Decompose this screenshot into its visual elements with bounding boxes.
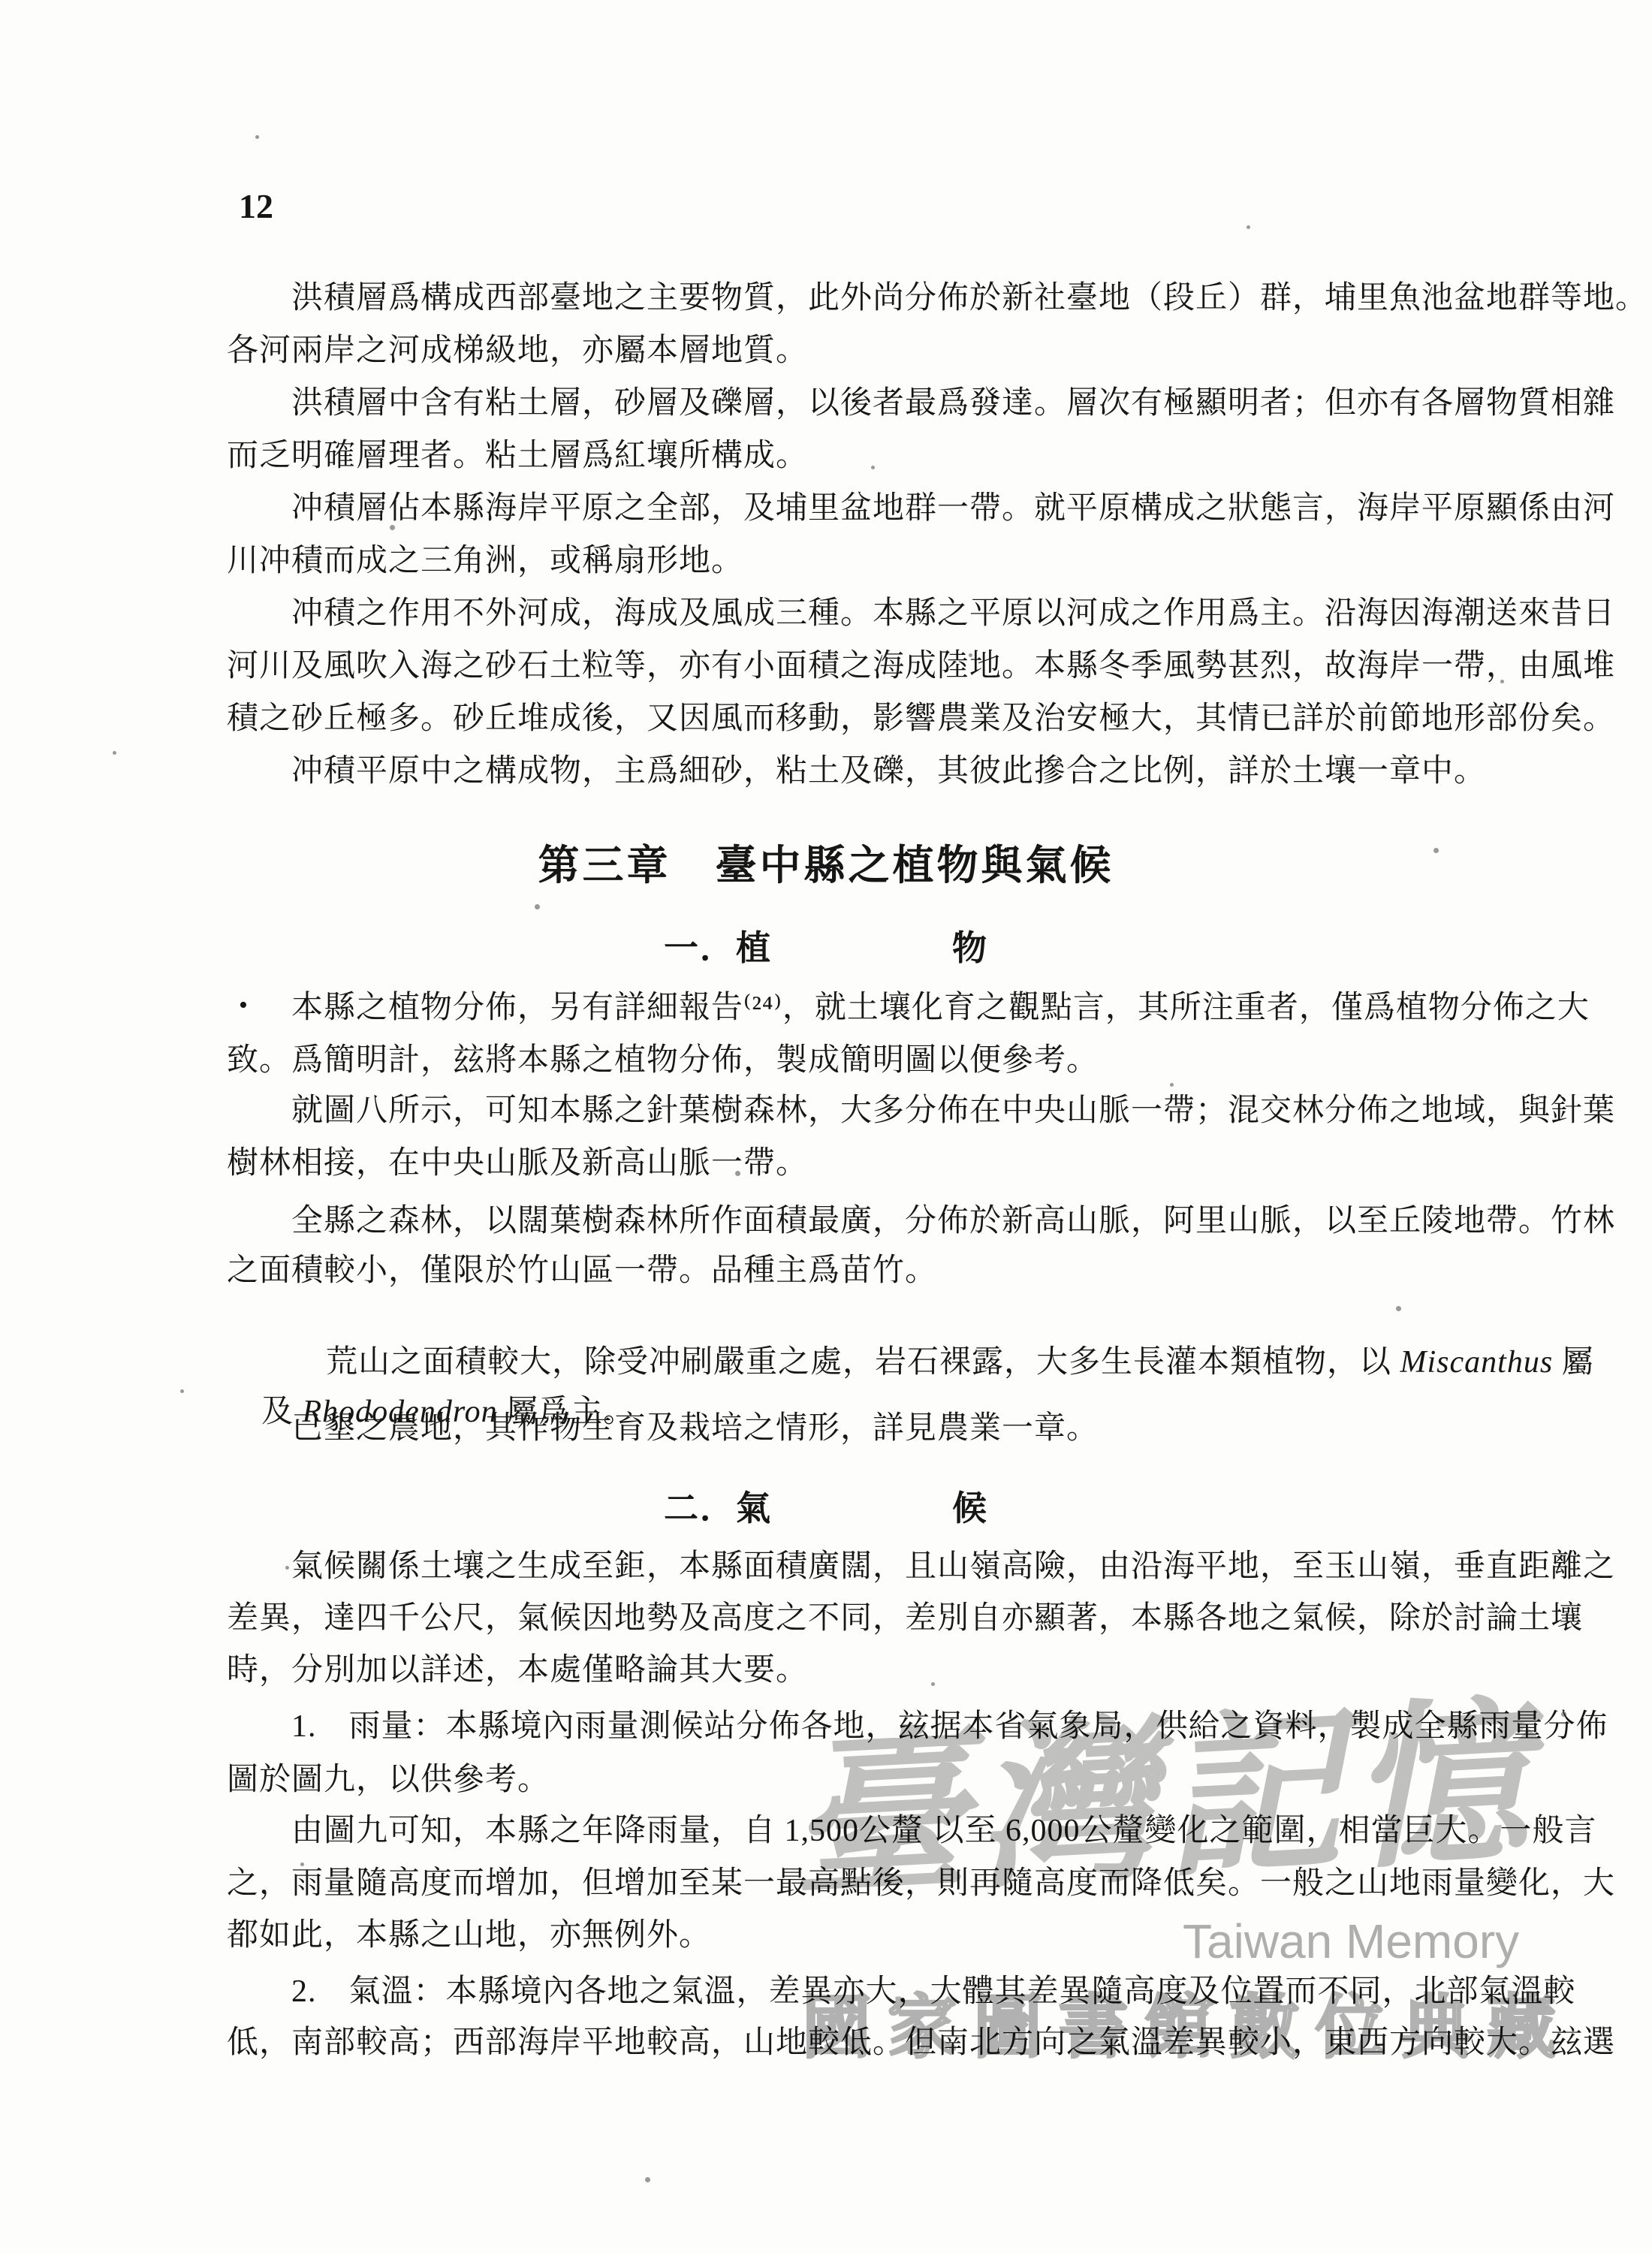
text-line: 差異，達四千公尺，氣候因地勢及高度之不同，差別自亦顯著，本縣各地之氣候，除於討論…: [227, 1600, 1583, 1636]
text-line: 河川及風吹入海之砂石土粒等，亦有小面積之海成陸地。本縣冬季風勢甚烈，故海岸一帶，…: [227, 648, 1615, 684]
text-line: 樹林相接，在中央山脈及新高山脈一帶。: [227, 1145, 808, 1181]
text-line: 就圖八所示，可知本縣之針葉樹森林，大多分佈在中央山脈一帶；混交林分佈之地域，與針…: [291, 1093, 1615, 1129]
text-line: 冲積平原中之構成物，主爲細砂，粘土及礫，其彼此摻合之比例，詳於土壤一章中。: [291, 753, 1486, 789]
text-line: 積之砂丘極多。砂丘堆成後，又因風而移動，影響農業及治安極大，其情已詳於前節地形部…: [227, 701, 1615, 737]
text-line: 低，南部較高；西部海岸平地較高，山地較低。但南北方向之氣溫差異較小，東西方向較大…: [227, 2025, 1615, 2061]
latin-genus-name: Miscanthus: [1400, 1345, 1554, 1380]
text-line: 全縣之森林，以闊葉樹森林所作面積最廣，分佈於新高山脈，阿里山脈，以至丘陵地帶。竹…: [291, 1203, 1615, 1239]
chapter-title: 第三章 臺中縣之植物與氣候: [0, 832, 1652, 891]
scan-noise: [255, 135, 259, 139]
text-line: 都如此，本縣之山地，亦無例外。: [227, 1917, 711, 1953]
section-title-climate: 二．氣 候: [0, 1481, 1652, 1531]
list-bullet: •: [239, 991, 248, 1020]
watermark-latin-title: Taiwan Memory: [1183, 1914, 1519, 1969]
text-line: 洪積層爲構成西部臺地之主要物質，此外尚分佈於新社臺地（段丘）群，埔里魚池盆地群等…: [291, 280, 1647, 316]
section-title-plants: 一．植 物: [0, 921, 1652, 970]
text-line: 時，分別加以詳述，本處僅略論其大要。: [227, 1652, 808, 1688]
text-line: 冲積層佔本縣海岸平原之全部，及埔里盆地群一帶。就平原構成之狀態言，海岸平原顯係由…: [291, 490, 1615, 526]
text-line: 圖於圖九，以供參考。: [227, 1762, 550, 1798]
scanned-document-page: 12 洪積層爲構成西部臺地之主要物質，此外尚分佈於新社臺地（段丘）群，埔里魚池盆…: [0, 0, 1652, 2253]
text-line: 2. 氣溫：本縣境內各地之氣溫，差異亦大，大體其差異隨高度及位置而不同，北部氣溫…: [291, 1974, 1576, 2010]
text-line: 1. 雨量：本縣境內雨量測候站分佈各地，玆据本省氣象局，供給之資料，製成全縣雨量…: [291, 1709, 1608, 1745]
text-line: 由圖九可知，本縣之年降雨量，自 1,500公釐 以至 6,000公釐變化之範圍，…: [291, 1813, 1597, 1849]
text-line: 川冲積而成之三角洲，或稱扇形地。: [227, 543, 743, 579]
text-line: 之，雨量隨高度而增加，但增加至某一最高點後，則再隨高度而降低矣。一般之山地雨量變…: [227, 1865, 1615, 1902]
page-number: 12: [239, 186, 273, 226]
text-segment: 屬: [1553, 1345, 1594, 1380]
text-line: 各河兩岸之河成梯級地，亦屬本層地質。: [227, 333, 808, 369]
text-line: 冲積之作用不外河成，海成及風成三種。本縣之平原以河成之作用爲主。沿海因海潮送來昔…: [291, 596, 1615, 632]
text-line: 本縣之植物分佈，另有詳細報告⁽²⁴⁾，就土壤化育之觀點言，其所注重者，僅爲植物分…: [291, 990, 1590, 1026]
text-line: 之面積較小，僅限於竹山區一帶。品種主爲苗竹。: [227, 1253, 937, 1289]
text-line: 致。爲簡明計，玆將本縣之植物分佈，製成簡明圖以便參考。: [227, 1042, 1099, 1078]
text-line: 洪積層中含有粘土層，砂層及礫層，以後者最爲發達。層次有極顯明者；但亦有各層物質相…: [291, 385, 1615, 421]
text-line: 而乏明確層理者。粘土層爲紅壤所構成。: [227, 438, 808, 474]
text-line: 氣候關係土壤之生成至鉅，本縣面積廣闊，且山嶺高險，由沿海平地，至玉山嶺，垂直距離…: [291, 1549, 1615, 1585]
text-line: 已墾之農地，其作物生育及栽培之情形，詳見農業一章。: [291, 1410, 1099, 1446]
